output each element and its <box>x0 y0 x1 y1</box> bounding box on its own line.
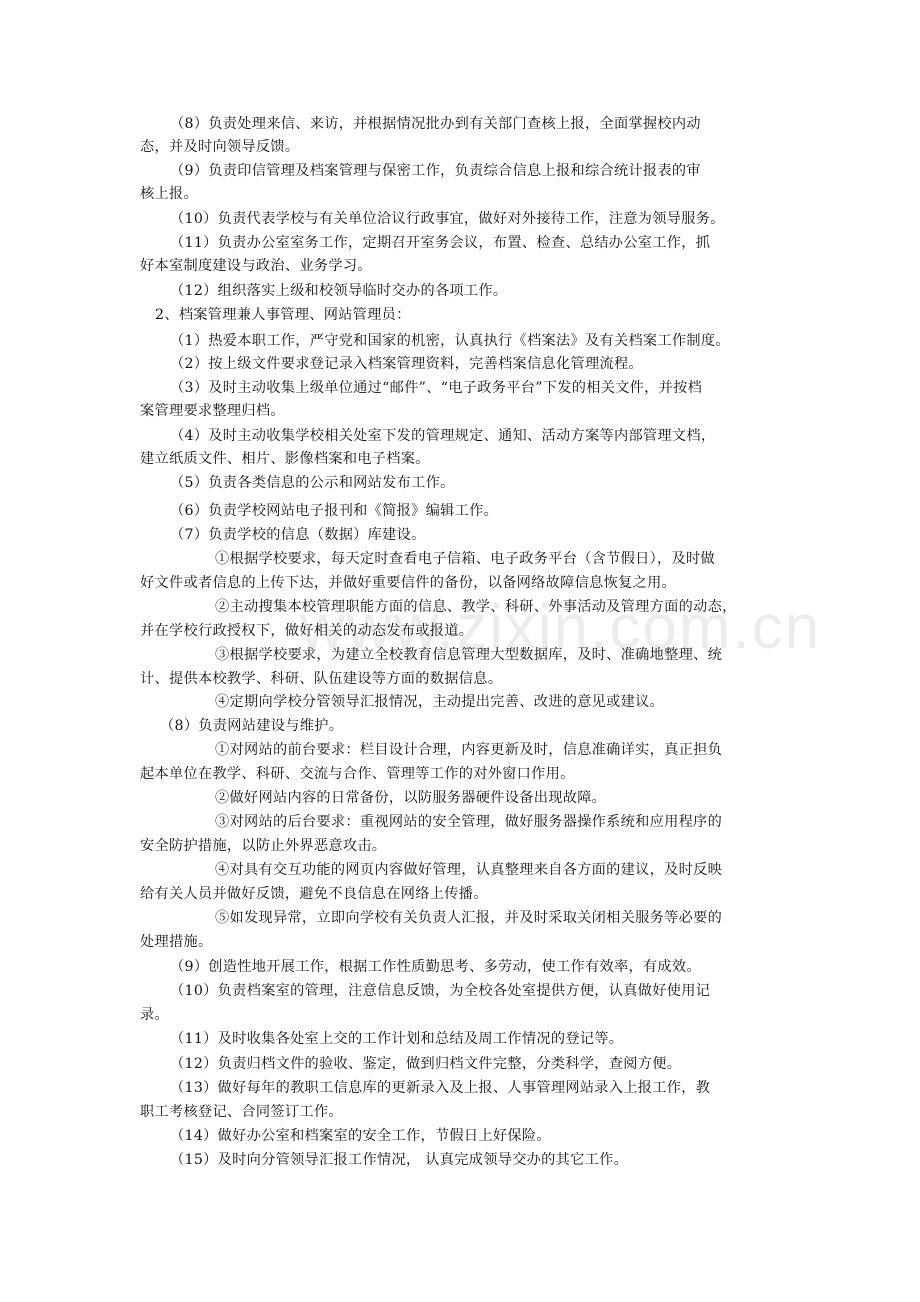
text-line: （3）及时主动收集上级单位通过“邮件”、“电子政务平台”下发的相关文件，并按档 <box>170 378 702 398</box>
text-line: （14）做好办公室和档案室的安全工作，节假日上好保险。 <box>170 1126 551 1146</box>
text-line: ②做好网站内容的日常备份，以防服务器硬件设备出现故障。 <box>215 788 606 808</box>
text-line: （10）负责档案室的管理，注意信息反馈，为全校各处室提供方便，认真做好使用记 <box>170 981 710 1001</box>
text-line: ④定期向学校分管领导汇报情况，主动提出完善、改进的意见或建议。 <box>215 692 664 712</box>
text-line: ②主动搜集本校管理职能方面的信息、教学、科研、外事活动及管理方面的动态， <box>215 597 737 617</box>
text-line: （7）负责学校的信息（数据）库建设。 <box>170 525 426 545</box>
text-line: （9）负责印信管理及档案管理与保密工作，负责综合信息上报和综合统计报表的审 <box>170 161 701 181</box>
text-line: （15）及时向分管领导汇报工作情况， 认真完成领导交办的其它工作。 <box>170 1150 628 1170</box>
text-line: 好本室制度建设与政治、业务学习。 <box>140 256 372 276</box>
text-line: （12）组织落实上级和校领导临时交办的各项工作。 <box>170 281 507 301</box>
text-line: 案管理要求整理归档。 <box>140 401 285 421</box>
text-line: ⑤如发现异常，立即向学校有关负责人汇报，并及时采取关闭相关服务等必要的 <box>215 908 722 928</box>
text-line: （1）热爱本职工作，严守党和国家的机密，认真执行《档案法》及有关档案工作制度。 <box>170 331 730 351</box>
text-line: （9）创造性地开展工作，根据工作性质勤思考、多劳动，使工作有效率，有成效。 <box>170 957 701 977</box>
text-line: （10）负责代表学校与有关单位洽议行政事宜，做好对外接待工作，注意为领导服务。 <box>170 209 725 229</box>
text-line: （6）负责学校网站电子报刊和《简报》编辑工作。 <box>170 501 498 521</box>
text-line: 态，并及时向领导反馈。 <box>140 137 299 157</box>
text-line: （8）负责网站建设与维护。 <box>160 716 343 736</box>
text-line: ①对网站的前台要求：栏目设计合理，内容更新及时，信息准确详实，真正担负 <box>215 740 722 760</box>
text-line: （4）及时主动收集学校相关处室下发的管理规定、通知、活动方案等内部管理文档， <box>170 426 715 446</box>
text-line: ③根据学校要求，为建立全校教育信息管理大型数据库，及时、准确地整理、统 <box>215 645 722 665</box>
text-line: 处理措施。 <box>140 932 212 952</box>
text-line: 安全防护措施，以防止外界恶意攻击。 <box>140 836 386 856</box>
text-line: 建立纸质文件、相片、影像档案和电子档案。 <box>140 449 430 469</box>
text-line: 并在学校行政授权下，做好相关的动态发布或报道。 <box>140 621 473 641</box>
text-line: （13）做好每年的教职工信息库的更新录入及上报、人事管理网站录入上报工作，教 <box>170 1078 710 1098</box>
text-line: 好文件或者信息的上传下达，并做好重要信件的备份，以备网络故障信息恢复之用。 <box>140 573 676 593</box>
text-line: 起本单位在教学、科研、交流与合作、管理等工作的对外窗口作用。 <box>140 764 575 784</box>
text-line: 职工考核登记、合同签订工作。 <box>140 1102 343 1122</box>
text-line: ①根据学校要求，每天定时查看电子信箱、电子政务平台（含节假日），及时做 <box>215 549 715 569</box>
text-line: 录。 <box>140 1005 169 1025</box>
text-line: 核上报。 <box>140 184 198 204</box>
document-page: www.zixin.com.cn （8）负责处理来信、来访，并根据情况批办到有关… <box>0 0 920 1302</box>
text-line: （11）负责办公室室务工作，定期召开室务会议，布置、检查、总结办公室工作，抓 <box>170 233 710 253</box>
text-line: ③对网站的后台要求：重视网站的安全管理，做好服务器操作系统和应用程序的 <box>215 812 722 832</box>
text-line: （5）负责各类信息的公示和网站发布工作。 <box>170 473 455 493</box>
text-line: 2、档案管理兼人事管理、网站管理员： <box>155 305 411 325</box>
text-line: （11）及时收集各处室上交的工作计划和总结及周工作情况的登记等。 <box>170 1029 623 1049</box>
text-line: （8）负责处理来信、来访，并根据情况批办到有关部门查核上报，全面掌握校内动 <box>170 114 701 134</box>
text-line: ④对具有交互功能的网页内容做好管理，认真整理来自各方面的建议，及时反映 <box>215 860 722 880</box>
text-line: 计、提供本校教学、科研、队伍建设等方面的数据信息。 <box>140 669 502 689</box>
text-line: 给有关人员并做好反馈，避免不良信息在网络上传播。 <box>140 884 488 904</box>
text-line: （12）负责归档文件的验收、鉴定，做到归档文件完整，分类科学，查阅方便。 <box>170 1054 681 1074</box>
text-line: （2）按上级文件要求登记录入档案管理资料，完善档案信息化管理流程。 <box>170 354 643 374</box>
